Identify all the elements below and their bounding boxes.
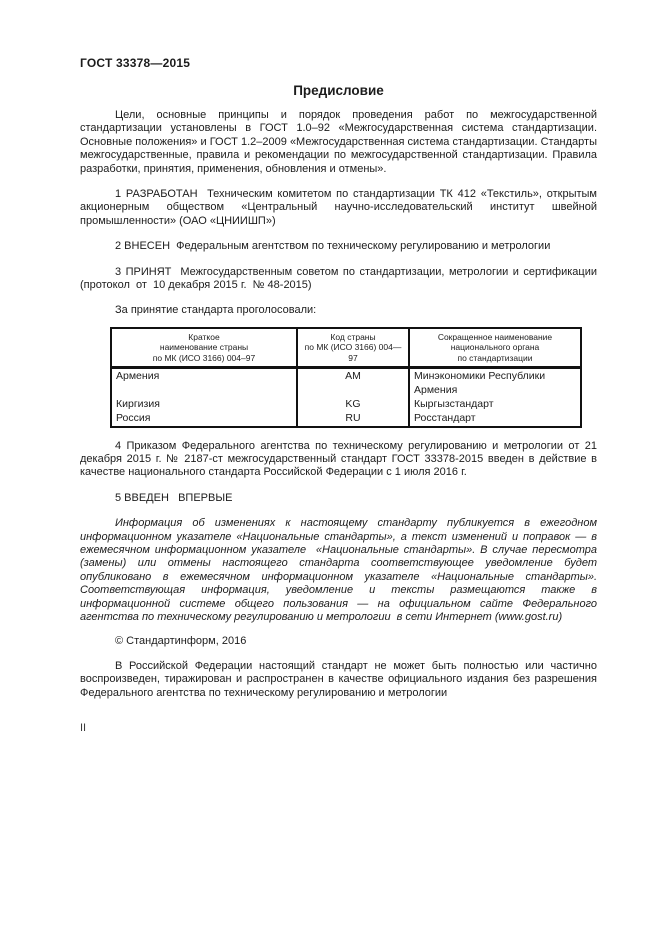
page-title: Предисловие	[80, 83, 597, 98]
foreword-item-1: 1 РАЗРАБОТАН Техническим комитетом по ст…	[80, 188, 597, 228]
table-row: АрменияAMМинэкономики Республики Армения	[111, 368, 581, 398]
table-cell: Росстандарт	[409, 412, 581, 427]
table-cell: RU	[297, 412, 409, 427]
vote-table-header-cell: Краткое наименование страны по МК (ИСО 3…	[111, 328, 297, 368]
restriction-paragraph: В Российской Федерации настоящий стандар…	[80, 660, 597, 700]
table-cell: AM	[297, 368, 409, 398]
table-cell: Армения	[111, 368, 297, 398]
table-cell: Киргизия	[111, 398, 297, 412]
page-number: II	[80, 722, 597, 734]
document-page: ГОСТ 33378—2015 Предисловие Цели, основн…	[0, 0, 661, 936]
vote-table-body: АрменияAMМинэкономики Республики Армения…	[111, 368, 581, 427]
vote-intro-line: За принятие стандарта проголосовали:	[80, 304, 597, 317]
foreword-intro-paragraph: Цели, основные принципы и порядок провед…	[80, 109, 597, 176]
table-row: КиргизияKGКыргызстандарт	[111, 398, 581, 412]
foreword-item-4: 4 Приказом Федерального агентства по тех…	[80, 440, 597, 480]
doc-code: ГОСТ 33378—2015	[80, 56, 597, 70]
vote-table: Краткое наименование страны по МК (ИСО 3…	[110, 327, 582, 428]
vote-table-header-row: Краткое наименование страны по МК (ИСО 3…	[111, 328, 581, 368]
table-cell: Кыргызстандарт	[409, 398, 581, 412]
table-cell: Россия	[111, 412, 297, 427]
vote-table-header-cell: Сокращенное наименование национального о…	[409, 328, 581, 368]
table-cell: KG	[297, 398, 409, 412]
table-cell: Минэкономики Республики Армения	[409, 368, 581, 398]
vote-table-header-cell: Код страны по МК (ИСО 3166) 004—97	[297, 328, 409, 368]
info-notice-paragraph: Информация об изменениях к настоящему ст…	[80, 517, 597, 624]
table-row: РоссияRUРосстандарт	[111, 412, 581, 427]
foreword-item-5: 5 ВВЕДЕН ВПЕРВЫЕ	[80, 492, 597, 505]
copyright-line: © Стандартинформ, 2016	[80, 635, 597, 648]
foreword-item-2: 2 ВНЕСЕН Федеральным агентством по техни…	[80, 240, 597, 253]
foreword-item-3: 3 ПРИНЯТ Межгосударственным советом по с…	[80, 266, 597, 293]
